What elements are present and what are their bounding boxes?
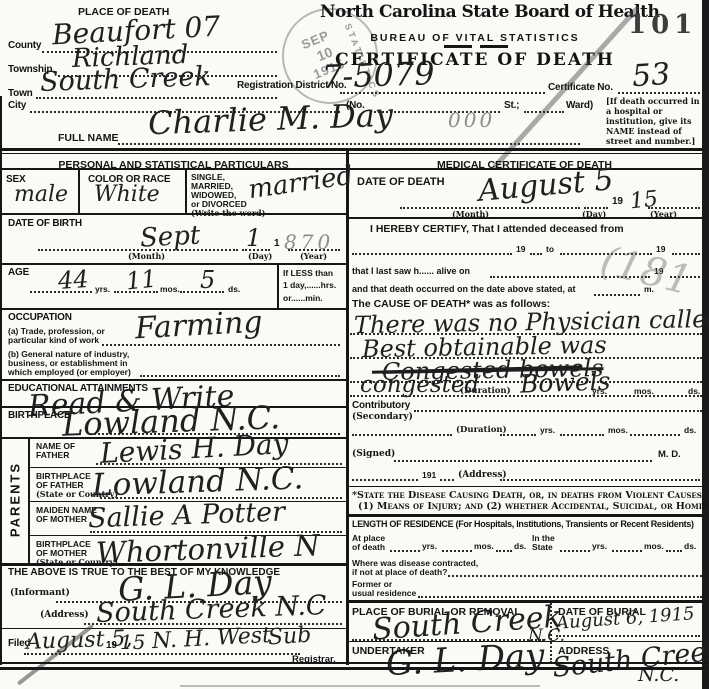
contrib-duration-blank-2 bbox=[500, 433, 536, 436]
cause-dotline-4 bbox=[350, 394, 702, 397]
signed-line bbox=[394, 459, 652, 462]
informant-address-label: (Address) bbox=[40, 610, 89, 620]
dob-year-printed: 1 bbox=[274, 238, 279, 249]
date191-blank-2 bbox=[440, 478, 454, 481]
contrib-duration-blank-1 bbox=[352, 433, 452, 436]
sex-value: male bbox=[14, 182, 68, 207]
contracted-blank bbox=[448, 574, 702, 577]
contrib-duration-blank-4 bbox=[630, 433, 680, 436]
certify-19-a: 19 bbox=[516, 244, 525, 254]
res-yrs-2: yrs. bbox=[592, 541, 607, 551]
dob-month-value: Sept bbox=[139, 220, 201, 253]
st-label: St.; bbox=[504, 100, 519, 111]
undertaker-value: G. L. Day bbox=[385, 636, 545, 684]
occ-b-line3: which employed (or employer) bbox=[8, 367, 131, 377]
rule-parents-bottom bbox=[0, 563, 347, 566]
res-blank-4 bbox=[560, 549, 590, 552]
dod-year-value: 15 bbox=[629, 187, 659, 215]
contracted-label-2: if not at place of death? bbox=[352, 567, 447, 577]
res-blank-6 bbox=[666, 549, 682, 552]
contrib-duration-label: (Duration) bbox=[456, 425, 507, 435]
res-ds-2: ds. bbox=[684, 541, 696, 551]
res-mos-2: mos. bbox=[644, 541, 664, 551]
filed-year-value: 15 bbox=[120, 630, 145, 654]
color-marital-divider bbox=[185, 170, 187, 213]
footnote-line-1: *State the Disease Causing Death, or, in… bbox=[352, 490, 709, 501]
at-place-label-2: of death bbox=[352, 542, 385, 552]
rule-signed-bottom bbox=[347, 486, 702, 487]
ward-label: Ward) bbox=[566, 100, 593, 111]
age-months-value: 11 bbox=[125, 264, 158, 295]
cert-no-value: 53 bbox=[631, 57, 672, 95]
date191-blank bbox=[352, 478, 418, 481]
rule-occupation-row bbox=[0, 379, 347, 381]
occupation-label: OCCUPATION bbox=[8, 312, 72, 323]
in-state-label-2: State bbox=[532, 542, 553, 552]
bureau-block: BUREAU OF VITAL STATISTICS bbox=[330, 28, 620, 46]
county-label: County bbox=[8, 40, 41, 51]
signed-label: (Signed) bbox=[352, 449, 395, 459]
filed-registrar-value: N. H. West bbox=[151, 623, 271, 654]
color-race-value: White bbox=[94, 182, 160, 207]
age-less-note-3: or......min. bbox=[283, 293, 323, 303]
rule-dob-row bbox=[0, 263, 347, 265]
former-blank bbox=[418, 595, 702, 598]
personal-section-title: PERSONAL AND STATISTICAL PARTICULARS bbox=[58, 159, 288, 171]
right-edge-band bbox=[702, 0, 709, 689]
scan-smudge-bottom bbox=[180, 685, 540, 687]
full-name-label: FULL NAME bbox=[58, 132, 118, 144]
double-rule-top-b bbox=[0, 153, 709, 154]
dod-year-printed: 19 bbox=[612, 196, 623, 207]
filed-year-printed: 19 bbox=[106, 640, 117, 651]
dob-label: DATE OF BIRTH bbox=[8, 218, 82, 229]
informant-label: (Informant) bbox=[10, 588, 70, 598]
reg-district-value: 7-5079 bbox=[321, 54, 435, 96]
rule-dod-row bbox=[347, 217, 702, 219]
town-value: South Creek bbox=[40, 61, 212, 98]
age-less-note-1: If LESS than bbox=[283, 268, 333, 278]
contrib-mos-label: mos. bbox=[608, 425, 628, 435]
rule-sex-row bbox=[0, 213, 347, 215]
secondary-label: (Secondary) bbox=[352, 412, 413, 422]
hospital-note: [If death occurred in a hospital or inst… bbox=[606, 96, 706, 146]
double-rule-bottom-a bbox=[0, 662, 709, 664]
md-label: M. D. bbox=[658, 449, 681, 460]
contributory-label: Contributory bbox=[352, 400, 410, 411]
sex-color-divider bbox=[78, 170, 80, 213]
res-yrs-1: yrs. bbox=[422, 541, 437, 551]
former-label-2: usual residence bbox=[352, 588, 416, 598]
residence-title: LENGTH OF RESIDENCE (For Hospitals, Inst… bbox=[352, 519, 694, 529]
double-rule-bottom-b bbox=[0, 667, 709, 670]
dod-label: DATE OF DEATH bbox=[357, 176, 445, 188]
rule-footnote-bottom bbox=[347, 514, 702, 517]
board-title: North Carolina State Board of Health bbox=[320, 2, 659, 22]
res-mos-1: mos. bbox=[474, 541, 494, 551]
res-blank-2 bbox=[442, 549, 472, 552]
undertaker-address-value: South Creek bbox=[551, 635, 709, 684]
death-certificate-scan: PLACE OF DEATH County Beaufort 07 Townsh… bbox=[0, 0, 709, 689]
age-years-value: 44 bbox=[57, 265, 89, 295]
res-blank-3 bbox=[496, 549, 512, 552]
age-label: AGE bbox=[8, 267, 29, 278]
occupation-value: Farming bbox=[134, 305, 263, 347]
dob-day-value: 1 bbox=[246, 224, 261, 252]
bureau-dash-left bbox=[444, 45, 472, 48]
parents-side-label: PARENTS bbox=[8, 445, 23, 555]
res-blank-1 bbox=[390, 549, 420, 552]
certify-to-label: to bbox=[546, 244, 554, 254]
death-occurred-label: and that death occurred on the date abov… bbox=[352, 284, 576, 294]
year-191-label: 191 bbox=[422, 470, 436, 480]
contrib-duration-blank-3 bbox=[560, 433, 604, 436]
age-yrs-label: yrs. bbox=[95, 284, 110, 294]
mother-name-label-2: OF MOTHER bbox=[36, 514, 87, 524]
age-box-divider bbox=[277, 263, 279, 308]
bureau-dash-right bbox=[480, 45, 508, 48]
certify-blank-1b bbox=[530, 252, 542, 255]
full-name-value: Charlie M. Day bbox=[147, 96, 393, 143]
age-less-note-2: 1 day,......hrs. bbox=[283, 280, 336, 290]
death-occurred-blank bbox=[594, 293, 640, 296]
age-mos-label: mos. bbox=[160, 284, 180, 294]
burial-date-line bbox=[556, 634, 700, 637]
address-blank bbox=[500, 478, 700, 481]
res-blank-5 bbox=[612, 549, 642, 552]
stamped-form-number: 101 bbox=[628, 10, 697, 40]
res-ds-1: ds. bbox=[514, 541, 526, 551]
certify-blank-1 bbox=[352, 252, 512, 255]
age-days-value: 5 bbox=[200, 266, 215, 294]
stamp-after-name: 000 bbox=[448, 108, 495, 132]
last-saw-label: that I last saw h...... alive on bbox=[352, 266, 470, 276]
occ-b-line bbox=[140, 374, 340, 377]
certify-line: I HEREBY CERTIFY, That I attended deceas… bbox=[370, 223, 624, 235]
town-label: Town bbox=[8, 88, 33, 99]
contrib-yrs-label: yrs. bbox=[540, 425, 555, 435]
board-title-block: North Carolina State Board of Health bbox=[320, 2, 630, 22]
occ-a-line2: particular kind of work bbox=[8, 335, 99, 345]
parents-label-divider bbox=[28, 437, 30, 563]
bureau-label: BUREAU OF VITAL STATISTICS bbox=[370, 32, 579, 44]
footnote-line-2: (1) Means of Injury; and (2) whether Acc… bbox=[358, 501, 709, 512]
contributory-line bbox=[414, 409, 702, 412]
city-label: City bbox=[8, 100, 26, 111]
mother-name-value: Sallie A Potter bbox=[88, 497, 286, 535]
dob-year-value: 870 bbox=[284, 230, 334, 254]
father-name-label-2: FATHER bbox=[36, 450, 69, 460]
contrib-ds-label: ds. bbox=[684, 425, 696, 435]
double-rule-top-a bbox=[0, 148, 709, 151]
filed-registrar-sub: Sub bbox=[267, 623, 312, 651]
dob-day-sub: (Day) bbox=[248, 251, 272, 261]
age-ds-label: ds. bbox=[228, 284, 240, 294]
